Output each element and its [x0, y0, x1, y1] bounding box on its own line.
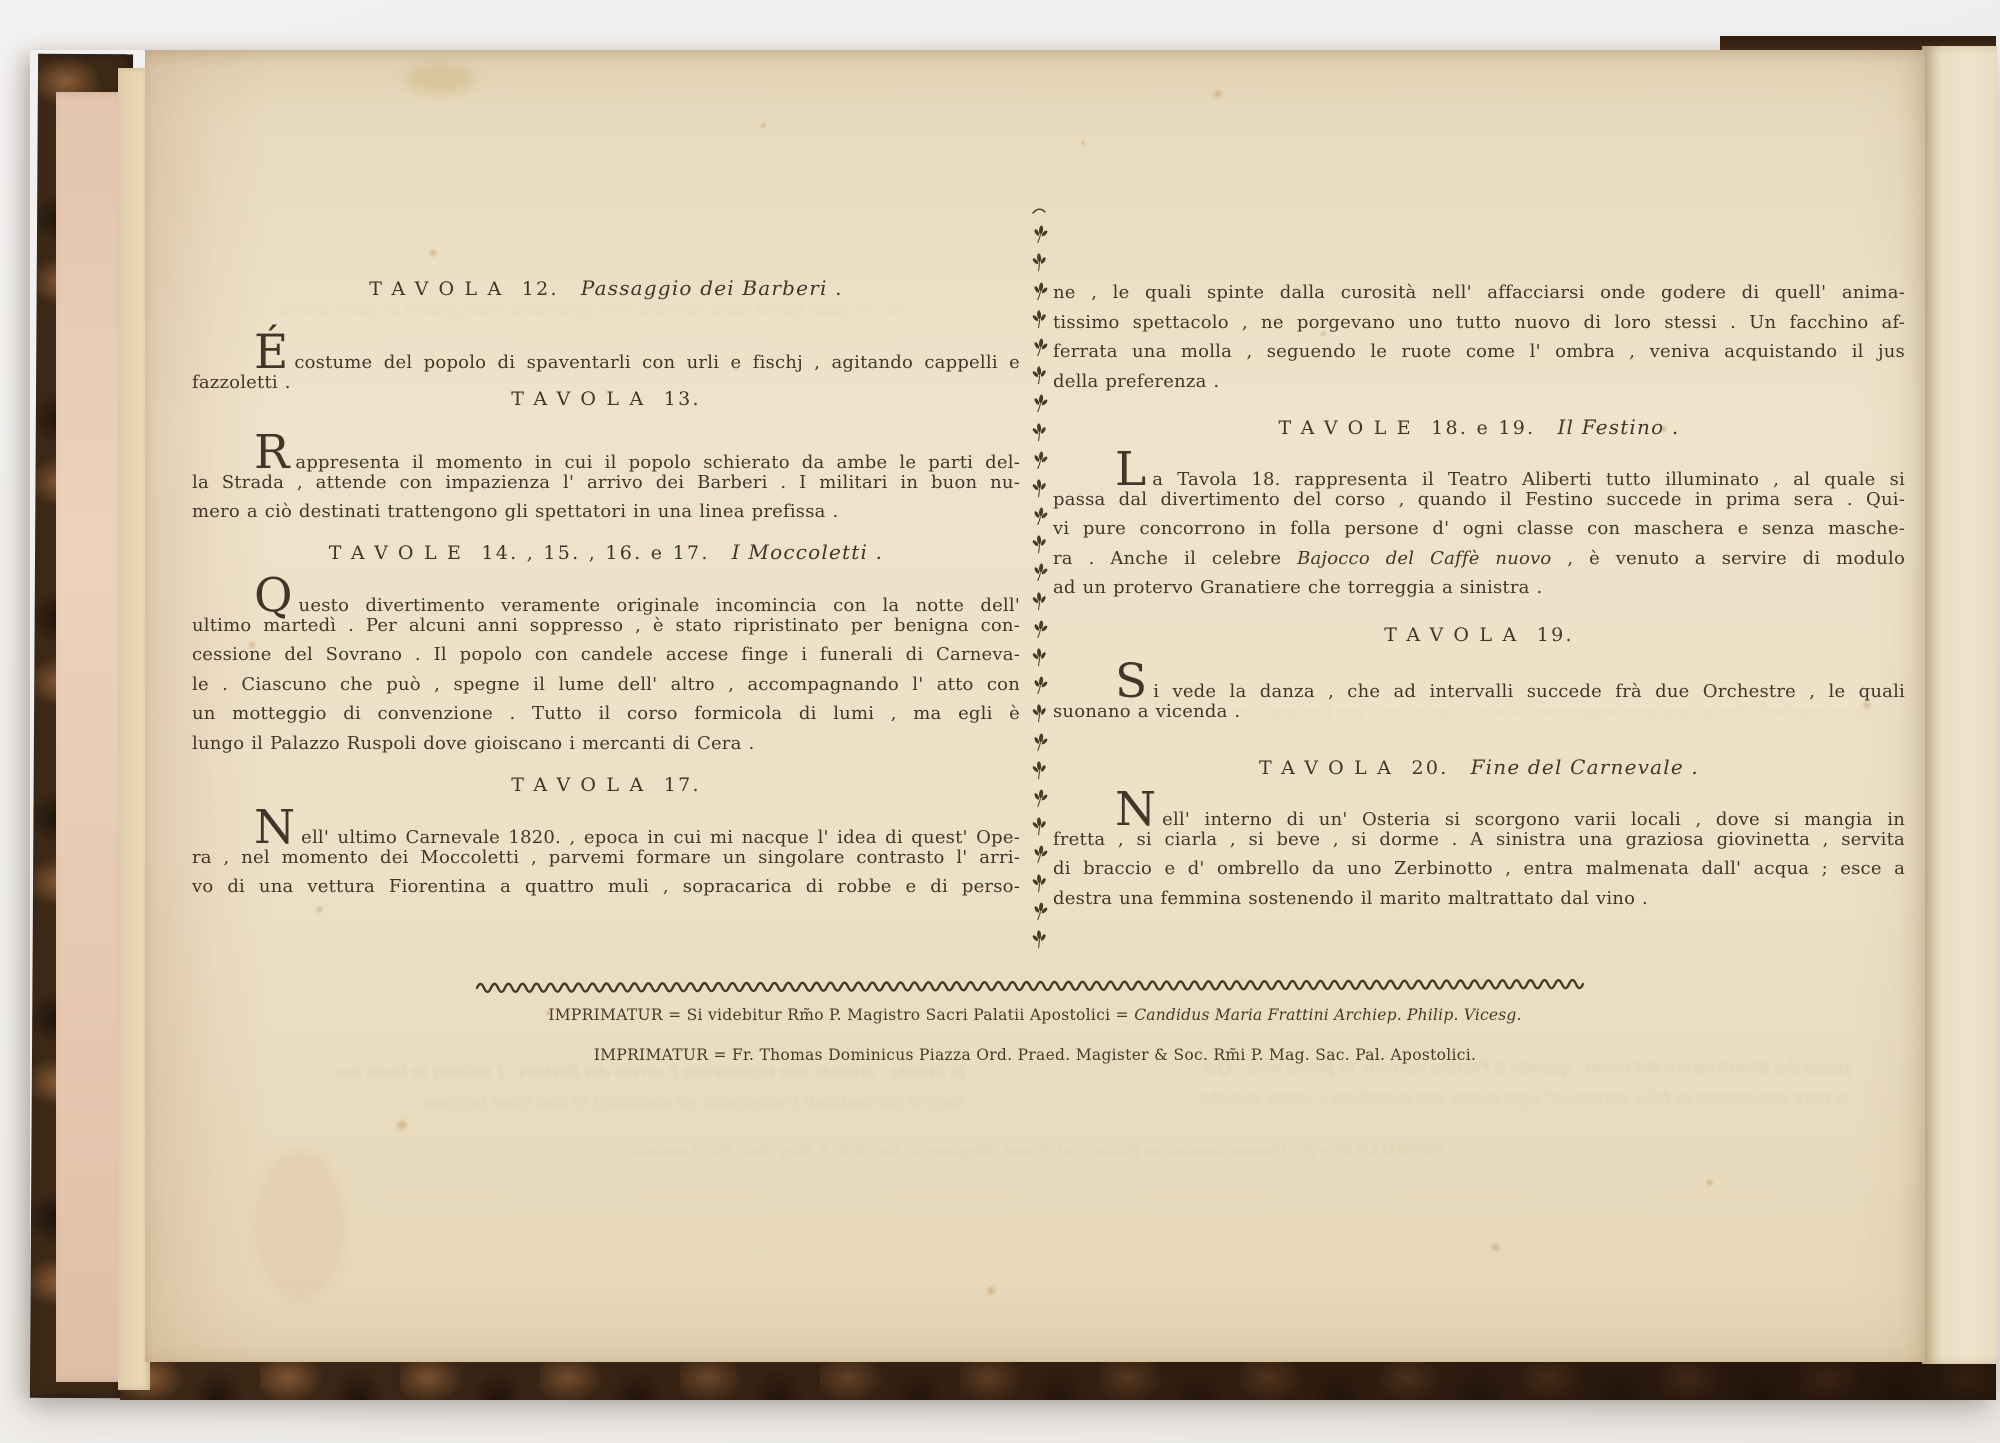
fleuron-icon — [1031, 366, 1048, 386]
text-line: le . Ciascuno che può , spegne il lume d… — [192, 670, 1020, 700]
text-line: mero a ciò destinati trattengono gli spe… — [192, 497, 1020, 527]
fleuron-icon — [1031, 450, 1048, 471]
ornament-divider — [1031, 206, 1047, 949]
album-page: TAVOLA 12. Passaggio dei Barberi . Écost… — [145, 50, 1925, 1362]
text-line: tissimo spettacolo , ne porgevano uno tu… — [1053, 308, 1905, 338]
imprimatur-line-2: IMPRIMATUR = Fr. Thomas Dominicus Piazza… — [145, 1046, 1925, 1064]
fleuron-icon — [1031, 619, 1048, 640]
tavola-12-heading: TAVOLA 12. Passaggio dei Barberi . — [192, 275, 1020, 302]
fleuron-icon — [1031, 591, 1048, 611]
text-line: Si vede la danza , che ad intervalli suc… — [1053, 667, 1905, 697]
text-line: lungo il Palazzo Ruspoli dove gioiscano … — [192, 729, 1020, 759]
text-line: ultimo martedì . Per alcuni anni soppres… — [192, 611, 1020, 641]
imprimatur-line-1: IMPRIMATUR = Si videbitur Rm̃o P. Magist… — [145, 1006, 1925, 1024]
foxing-spot — [985, 1285, 997, 1297]
foxing-spot — [315, 905, 324, 914]
fleuron-icon — [1031, 873, 1048, 893]
fleuron-icon — [1031, 309, 1048, 329]
heading-subtitle: I Moccoletti . — [732, 540, 883, 564]
tavola-20-heading: TAVOLA 20. Fine del Carnevale . — [1053, 754, 2000, 781]
heading-number: 14. , 15. , 16. e 17. — [481, 542, 709, 564]
foxing-spot — [545, 1010, 552, 1017]
moccoletti-paragraph: Questo divertimento veramente originale … — [192, 581, 1020, 758]
fleuron-icon — [1031, 647, 1048, 667]
fleuron-icon — [1031, 675, 1048, 696]
divider-cap-mark — [1031, 206, 1047, 214]
text-line: Rappresenta il momento in cui il popolo … — [192, 438, 1020, 468]
ghost-showthrough-text: mero a ciò destinati trattengono gli spe… — [225, 1092, 965, 1111]
foxing-spot — [1320, 330, 1327, 337]
fleuron-icon — [1031, 704, 1048, 724]
text-line: destra una femmina sostenendo il marito … — [1053, 884, 1905, 914]
heading-number: 18. e 19. — [1431, 417, 1535, 439]
foxing-spot — [1705, 1178, 1714, 1187]
tavole-14-17-heading: TAVOLE 14. , 15. , 16. e 17. I Moccolett… — [192, 539, 1020, 566]
text-line: ra . Anche il celebre Bajocco del Caffè … — [1053, 544, 1905, 574]
text-line: ferrata una molla , seguendo le ruote co… — [1053, 337, 1905, 367]
fleuron-icon — [1031, 929, 1048, 949]
tavola-19-heading: TAVOLA 19. — [1053, 622, 2000, 648]
heading-number: 13. — [664, 388, 701, 410]
heading-subtitle: Fine del Carnevale . — [1471, 755, 1699, 779]
imprimatur-text: IMPRIMATUR = Fr. Thomas Dominicus Piazza… — [594, 1046, 1476, 1064]
fleuron-icon — [1031, 535, 1048, 555]
text-line: suonano a vicenda . — [1053, 697, 1905, 727]
facing-page-fold — [1922, 46, 1997, 1364]
text-line: cessione del Sovrano . Il popolo con can… — [192, 640, 1020, 670]
fleuron-icon — [1031, 506, 1048, 527]
ghost-showthrough-text: IMPRIMATUR = Fr. Thomas Dominicus Piazza… — [545, 1142, 1445, 1160]
text-line: Écostume del popolo di spaventarli con u… — [192, 338, 1020, 368]
text-line: La Tavola 18. rappresenta il Teatro Alib… — [1053, 455, 1905, 485]
foxing-spot — [428, 248, 438, 258]
fleuron-icon — [1031, 845, 1048, 866]
italic-phrase: Bajocco del Caffè nuovo — [1297, 548, 1551, 569]
fleuron-icon — [1031, 253, 1048, 273]
fleuron-icon — [1031, 337, 1048, 358]
tavola-13-heading: TAVOLA 13. — [192, 386, 1020, 412]
tavola-17-paragraph: Nell' ultimo Carnevale 1820. , epoca in … — [192, 813, 1020, 902]
text-line: la Strada , attende con impazienza l' ar… — [192, 468, 1020, 498]
fleuron-icon — [1031, 563, 1048, 584]
text-line: un motteggio di convenzione . Tutto il c… — [192, 699, 1020, 729]
heading-number: 19. — [1537, 624, 1574, 646]
fleuron-icon — [1031, 281, 1048, 302]
tavole-18-19-heading: TAVOLE 18. e 19. Il Festino . — [1053, 414, 2000, 441]
stain-mark — [405, 64, 475, 94]
fleuron-icon — [1031, 478, 1048, 498]
heading-word: TAVOLA — [511, 388, 653, 410]
book-photograph: TAVOLA 12. Passaggio dei Barberi . Écost… — [0, 0, 2000, 1443]
text-line: Nell' interno di un' Osteria si scorgono… — [1053, 795, 1905, 825]
foxing-spot — [1080, 140, 1086, 146]
foxing-spot — [1490, 1242, 1501, 1253]
heading-word: TAVOLA — [1384, 624, 1526, 646]
foxing-spot — [1660, 425, 1668, 433]
tavola-20-paragraph: Nell' interno di un' Osteria si scorgono… — [1053, 795, 1905, 913]
imprimatur-text: IMPRIMATUR = Si videbitur Rm̃o P. Magist… — [548, 1006, 1134, 1024]
heading-word: TAVOLA — [511, 774, 653, 796]
text-line: fretta , si ciarla , si beve , si dorme … — [1053, 825, 1905, 855]
heading-number: 20. — [1411, 757, 1448, 779]
fleuron-icon — [1031, 901, 1048, 922]
text-line: di braccio e d' ombrello da uno Zerbinot… — [1053, 854, 1905, 884]
fleuron-icon — [1031, 760, 1048, 780]
heading-word: TAVOLA — [1259, 757, 1401, 779]
foxing-spot — [1862, 700, 1872, 710]
fleuron-icon — [1031, 788, 1048, 809]
fleuron-icon — [1031, 817, 1048, 837]
heading-subtitle: Passaggio dei Barberi . — [581, 276, 843, 300]
text-line-content: ra . Anche il celebre — [1053, 548, 1297, 569]
heading-word: TAVOLE — [1279, 417, 1422, 439]
foxing-spot — [395, 1118, 409, 1132]
text-line: passa dal divertimento del corso , quand… — [1053, 485, 1905, 515]
tavola-18-paragraph: La Tavola 18. rappresenta il Teatro Alib… — [1053, 455, 1905, 603]
fleuron-icon — [1031, 732, 1048, 753]
ghost-showthrough-text: vi pure concorrono in folla persone d' o… — [1050, 1088, 1850, 1107]
foxing-spot — [1212, 88, 1224, 100]
continuation-paragraph: ne , le quali spinte dalla curosità nell… — [1053, 278, 1905, 396]
fleuron-icon — [1031, 422, 1048, 442]
fleuron-icon — [1031, 394, 1048, 415]
text-line-content: , è venuto a servire di modulo — [1551, 548, 1905, 569]
heading-number: 17. — [664, 774, 701, 796]
tavola-19-paragraph: Si vede la danza , che ad intervalli suc… — [1053, 667, 1905, 726]
heading-word: TAVOLA — [369, 278, 511, 300]
text-line: ne , le quali spinte dalla curosità nell… — [1053, 278, 1905, 308]
text-line: ra , nel momento dei Moccoletti , parvem… — [192, 843, 1020, 873]
text-line: Questo divertimento veramente originale … — [192, 581, 1020, 611]
tavola-13-paragraph: Rappresenta il momento in cui il popolo … — [192, 438, 1020, 527]
stain-mark — [255, 1150, 345, 1300]
fleuron-icon — [1031, 224, 1048, 245]
imprimatur-signature: Candidus Maria Frattini Archiep. Philip.… — [1134, 1006, 1521, 1024]
ghost-showthrough-text: ne , le quali spinte dalla curosità nell… — [205, 300, 905, 319]
text-line: della preferenza . — [1053, 367, 1905, 397]
heading-number: 12. — [522, 278, 559, 300]
text-line: ad un protervo Granatiere che torreggia … — [1053, 573, 1905, 603]
text-line: vo di una vettura Fiorentina a quattro m… — [192, 872, 1020, 902]
heading-word: TAVOLE — [329, 542, 472, 564]
text-line: Nell' ultimo Carnevale 1820. , epoca in … — [192, 813, 1020, 843]
wavy-rule — [475, 975, 1585, 999]
tavola-17-heading: TAVOLA 17. — [192, 772, 1020, 798]
foxing-spot — [760, 122, 767, 129]
ghost-showthrough-text: la Strada , attende con impazienza l' ar… — [225, 1062, 965, 1081]
text-line: vi pure concorrono in folla persone d' o… — [1053, 514, 1905, 544]
foxing-spot — [247, 640, 257, 650]
